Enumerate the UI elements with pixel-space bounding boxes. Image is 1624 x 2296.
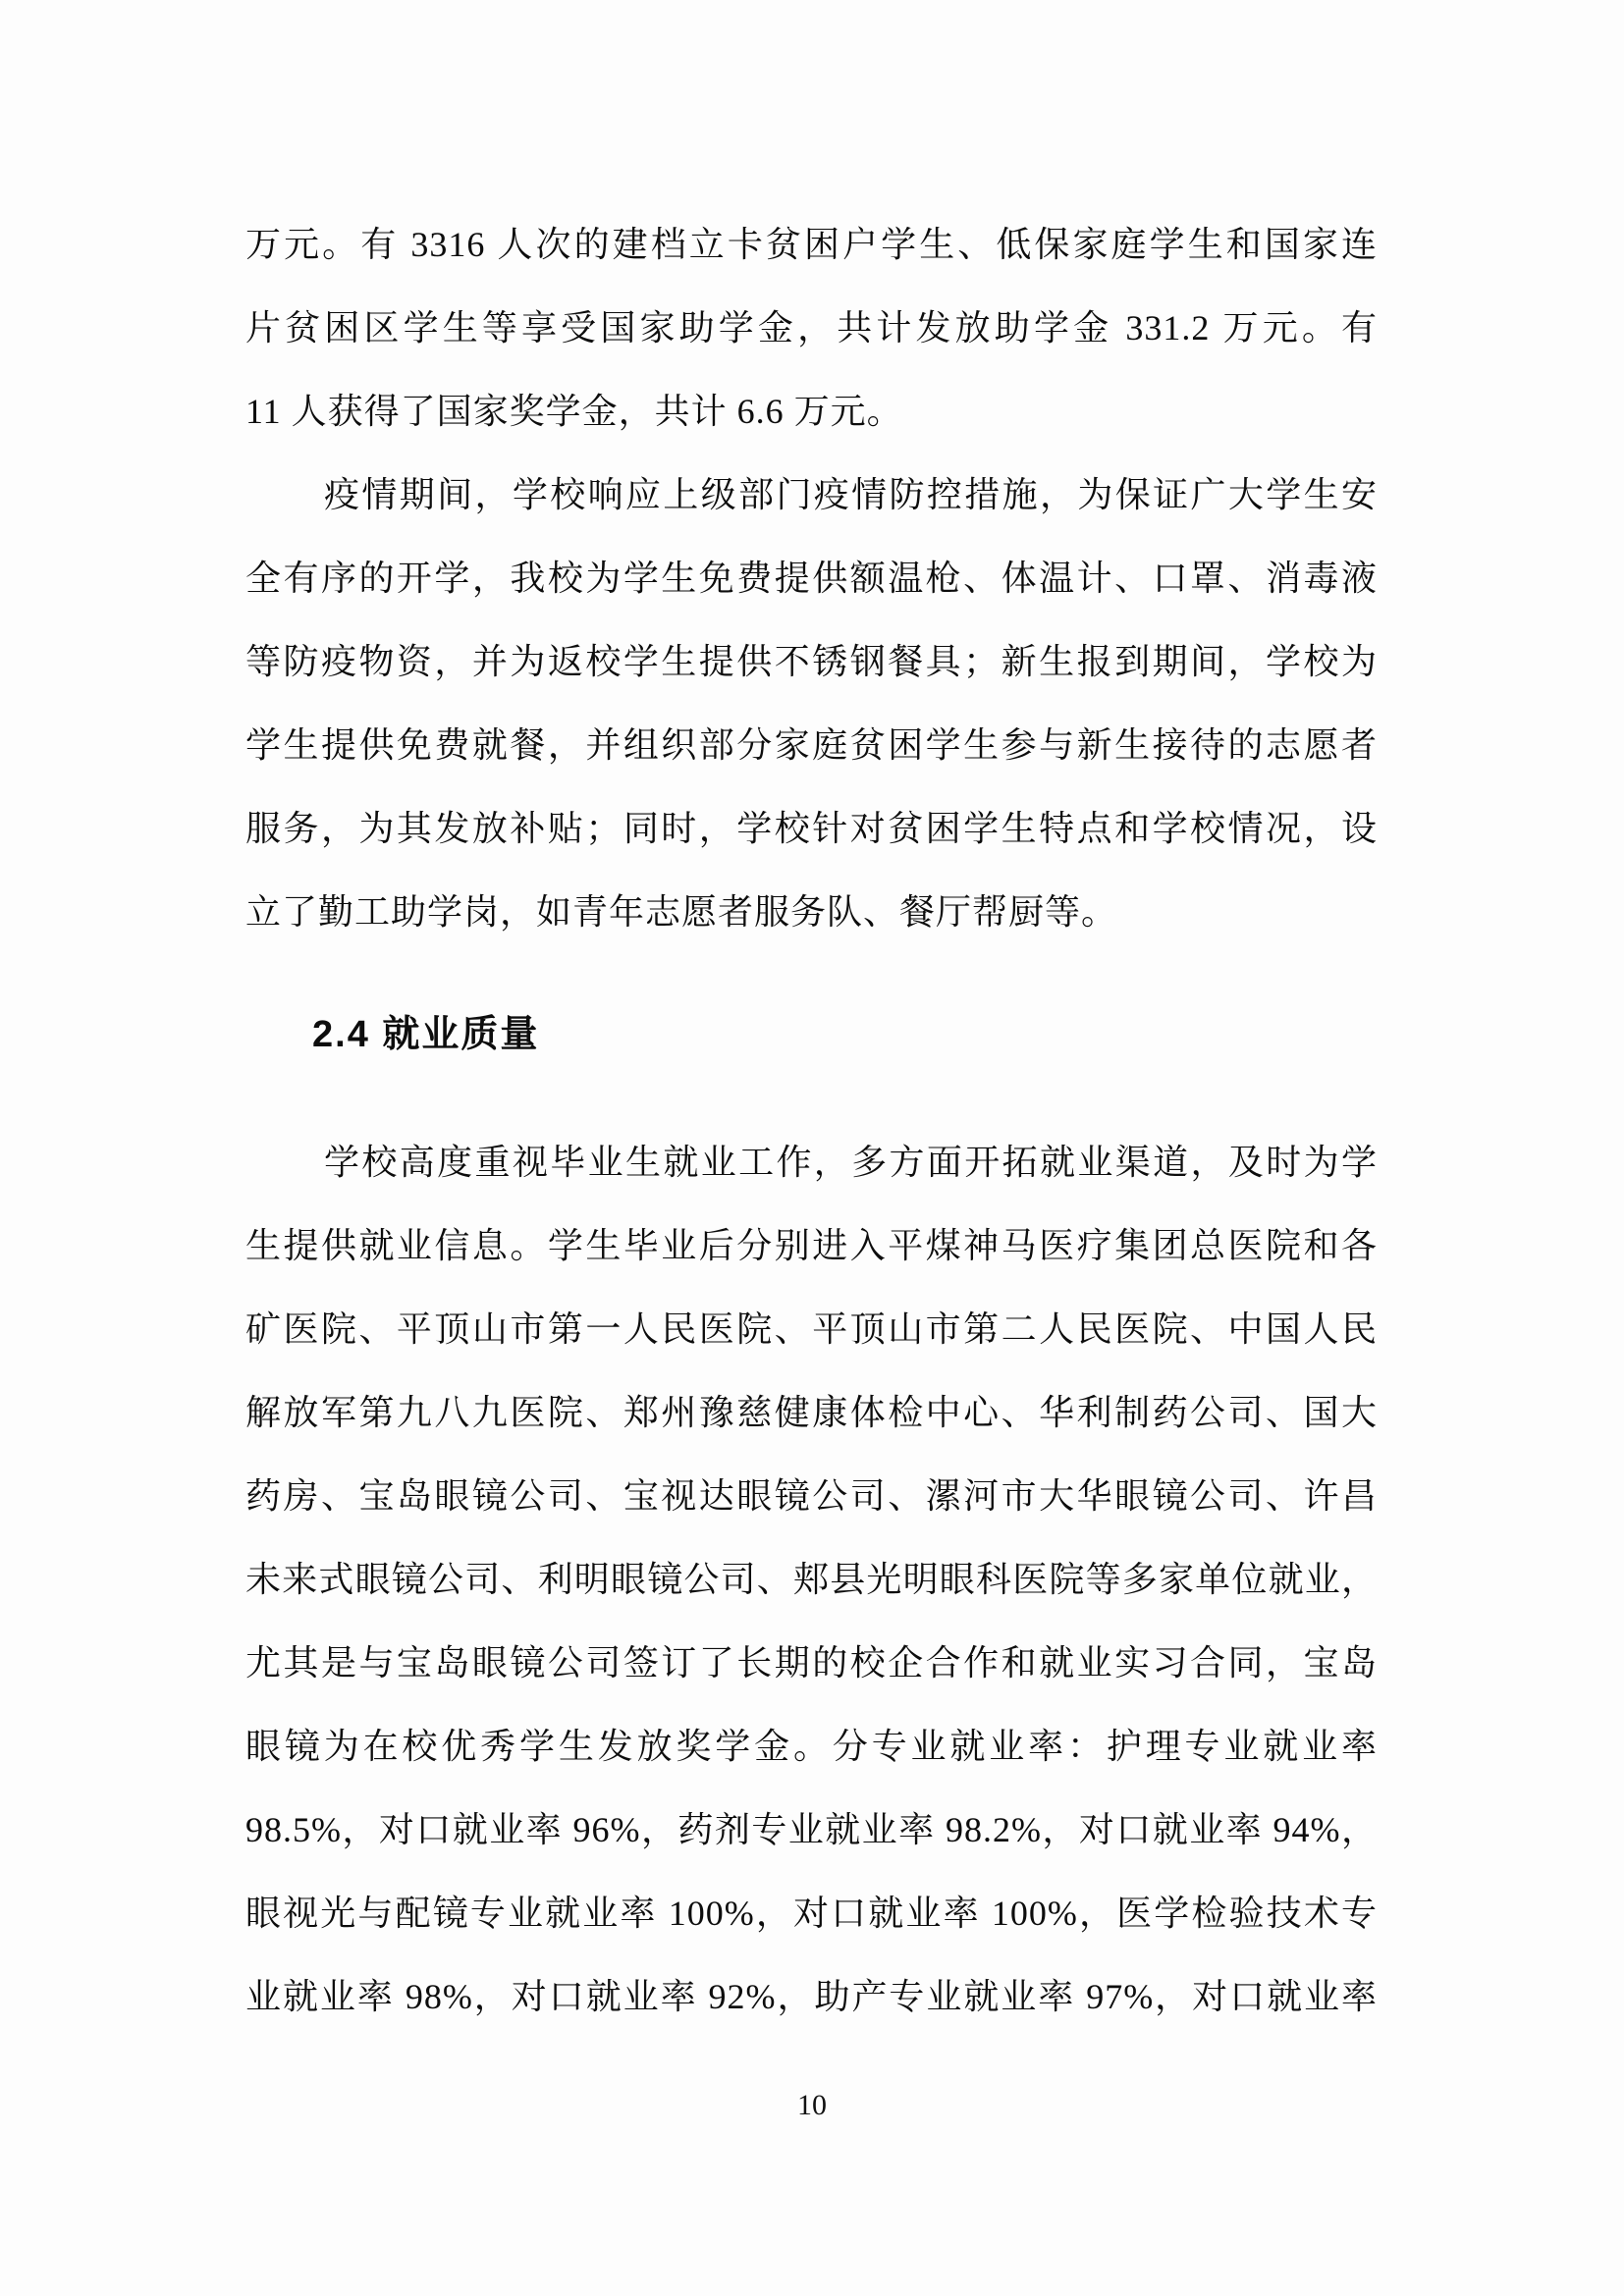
text-line: 生提供就业信息。学生毕业后分别进入平煤神马医疗集团总医院和各 <box>245 1204 1378 1288</box>
text-line: 万元。有 3316 人次的建档立卡贫困户学生、低保家庭学生和国家连 <box>245 203 1378 287</box>
text-line: 尤其是与宝岛眼镜公司签订了长期的校企合作和就业实习合同，宝岛 <box>245 1622 1378 1705</box>
text-line: 立了勤工助学岗，如青年志愿者服务队、餐厅帮厨等。 <box>245 871 1378 954</box>
text-line: 学校高度重视毕业生就业工作，多方面开拓就业渠道，及时为学 <box>245 1121 1378 1204</box>
text-line: 等防疫物资，并为返校学生提供不锈钢餐具；新生报到期间，学校为 <box>245 620 1378 704</box>
text-line: 解放军第九八九医院、郑州豫慈健康体检中心、华利制药公司、国大 <box>245 1371 1378 1455</box>
text-line: 眼视光与配镜专业就业率 100%，对口就业率 100%，医学检验技术专 <box>245 1872 1378 1955</box>
text-line: 98.5%，对口就业率 96%，药剂专业就业率 98.2%，对口就业率 94%， <box>245 1789 1378 1872</box>
page-body: 万元。有 3316 人次的建档立卡贫困户学生、低保家庭学生和国家连片贫困区学生等… <box>245 203 1378 2039</box>
text-line: 全有序的开学，我校为学生免费提供额温枪、体温计、口罩、消毒液 <box>245 537 1378 620</box>
text-line: 服务，为其发放补贴；同时，学校针对贫困学生特点和学校情况，设 <box>245 787 1378 871</box>
text-line: 未来式眼镜公司、利明眼镜公司、郏县光明眼科医院等多家单位就业， <box>245 1538 1378 1622</box>
text-line: 业就业率 98%，对口就业率 92%，助产专业就业率 97%，对口就业率 <box>245 1955 1378 2039</box>
text-line: 药房、宝岛眼镜公司、宝视达眼镜公司、漯河市大华眼镜公司、许昌 <box>245 1455 1378 1538</box>
page-number: 10 <box>0 2086 1624 2125</box>
text-line: 11 人获得了国家奖学金，共计 6.6 万元。 <box>245 370 1378 454</box>
text-line: 眼镜为在校优秀学生发放奖学金。分专业就业率：护理专业就业率 <box>245 1705 1378 1789</box>
section-heading: 2.4 就业质量 <box>245 993 1378 1077</box>
text-line: 片贫困区学生等享受国家助学金，共计发放助学金 331.2 万元。有 <box>245 287 1378 370</box>
document-page: 万元。有 3316 人次的建档立卡贫困户学生、低保家庭学生和国家连片贫困区学生等… <box>0 0 1624 2296</box>
text-line: 疫情期间，学校响应上级部门疫情防控措施，为保证广大学生安 <box>245 454 1378 537</box>
text-line: 学生提供免费就餐，并组织部分家庭贫困学生参与新生接待的志愿者 <box>245 704 1378 787</box>
text-line: 矿医院、平顶山市第一人民医院、平顶山市第二人民医院、中国人民 <box>245 1288 1378 1371</box>
